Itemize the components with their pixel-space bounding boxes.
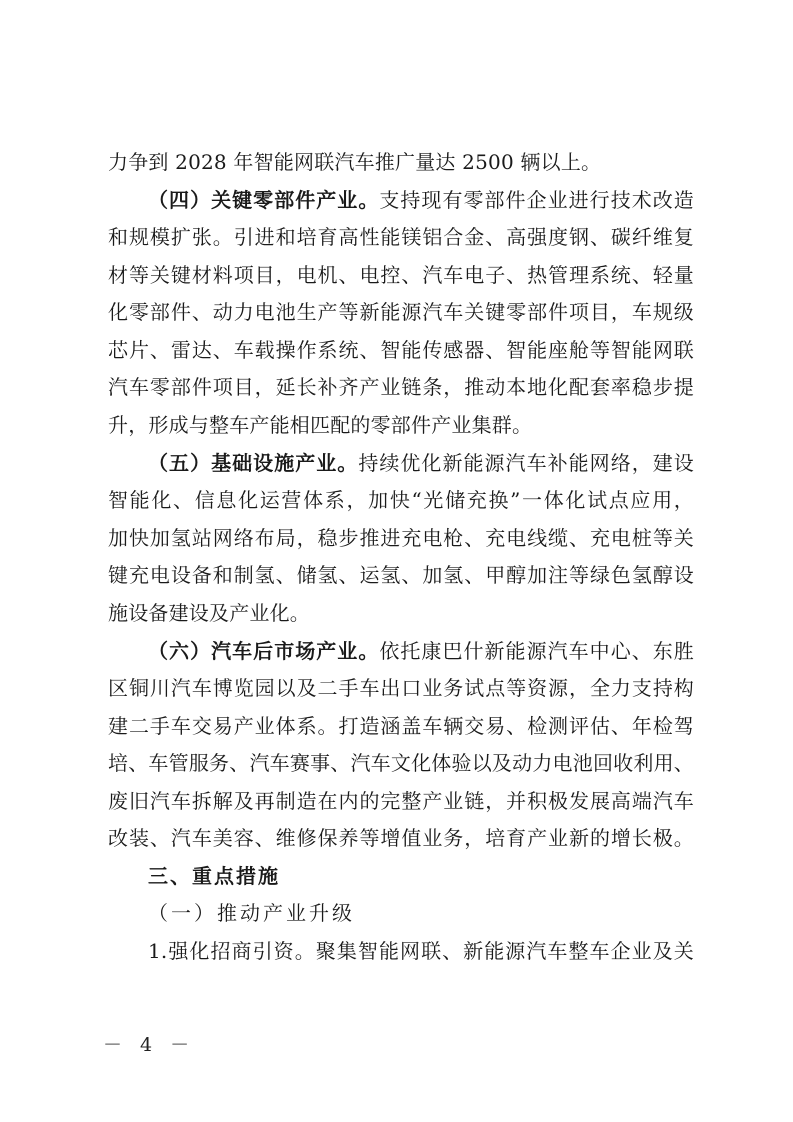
paragraph-aftermarket-line-1: （六）汽车后市场产业。依托康巴什新能源汽车中心、东胜 (148, 636, 694, 666)
paragraph-text: 依托康巴什新能源汽车中心、东胜 (379, 639, 694, 663)
list-item-1: 1.强化招商引资。聚集智能网联、新能源汽车整车企业及关 (148, 936, 694, 966)
paragraph-infrastructure-line-1: （五）基础设施产业。持续优化新能源汽车补能网络，建设 (148, 448, 694, 478)
list-item-text: 聚集智能网联、新能源汽车整车企业及关 (316, 939, 694, 963)
paragraph-line: 改装、汽车美容、维修保养等增值业务，培育产业新的增长极。 (108, 823, 694, 853)
subsection-heading: （一）推动产业升级 (148, 898, 694, 928)
paragraph-line: 键充电设备和制氢、储氢、运氢、加氢、甲醇加注等绿色氢醇设 (108, 560, 694, 590)
paragraph-line: 升，形成与整车产能相匹配的零部件产业集群。 (108, 410, 694, 440)
list-item-lead: 1.强化招商引资。 (148, 939, 316, 963)
paragraph-line: 废旧汽车拆解及再制造在内的完整产业链，并积极发展高端汽车 (108, 786, 694, 816)
paragraph-line: 汽车零部件项目，延长补齐产业链条，推动本地化配套率稳步提 (108, 372, 694, 402)
paragraph-line: 区铜川汽车博览园以及二手车出口业务试点等资源，全力支持构 (108, 673, 694, 703)
page-number: － 4 － (103, 1033, 195, 1057)
paragraph-lead-infrastructure: （五）基础设施产业。 (148, 451, 358, 475)
paragraph-line: 建二手车交易产业体系。打造涵盖车辆交易、检测评估、年检驾 (108, 711, 694, 741)
paragraph-line: 加快加氢站网络布局，稳步推进充电枪、充电线缆、充电桩等关 (108, 523, 694, 553)
paragraph-key-components-line-1: （四）关键零部件产业。支持现有零部件企业进行技术改造 (148, 185, 694, 215)
paragraph-text: 支持现有零部件企业进行技术改造 (379, 188, 694, 212)
section-heading: 三、重点措施 (148, 861, 694, 891)
paragraph-line: 智能化、信息化运营体系，加快“光储充换”一体化试点应用， (108, 485, 694, 515)
paragraph-line: 和规模扩张。引进和培育高性能镁铝合金、高强度钢、碳纤维复 (108, 222, 694, 252)
paragraph-continuation-line: 力争到 2028 年智能网联汽车推广量达 2500 辆以上。 (108, 147, 694, 177)
paragraph-line: 施设备建设及产业化。 (108, 598, 694, 628)
paragraph-lead-aftermarket: （六）汽车后市场产业。 (148, 639, 379, 663)
paragraph-line: 芯片、雷达、车载操作系统、智能传感器、智能座舱等智能网联 (108, 335, 694, 365)
document-page: 力争到 2028 年智能网联汽车推广量达 2500 辆以上。 （四）关键零部件产… (0, 0, 793, 1122)
paragraph-text: 持续优化新能源汽车补能网络，建设 (358, 451, 694, 475)
paragraph-line: 化零部件、动力电池生产等新能源汽车关键零部件项目，车规级 (108, 297, 694, 327)
paragraph-lead-key-components: （四）关键零部件产业。 (148, 188, 379, 212)
paragraph-line: 培、车管服务、汽车赛事、汽车文化体验以及动力电池回收利用、 (108, 748, 694, 778)
paragraph-line: 材等关键材料项目，电机、电控、汽车电子、热管理系统、轻量 (108, 260, 694, 290)
